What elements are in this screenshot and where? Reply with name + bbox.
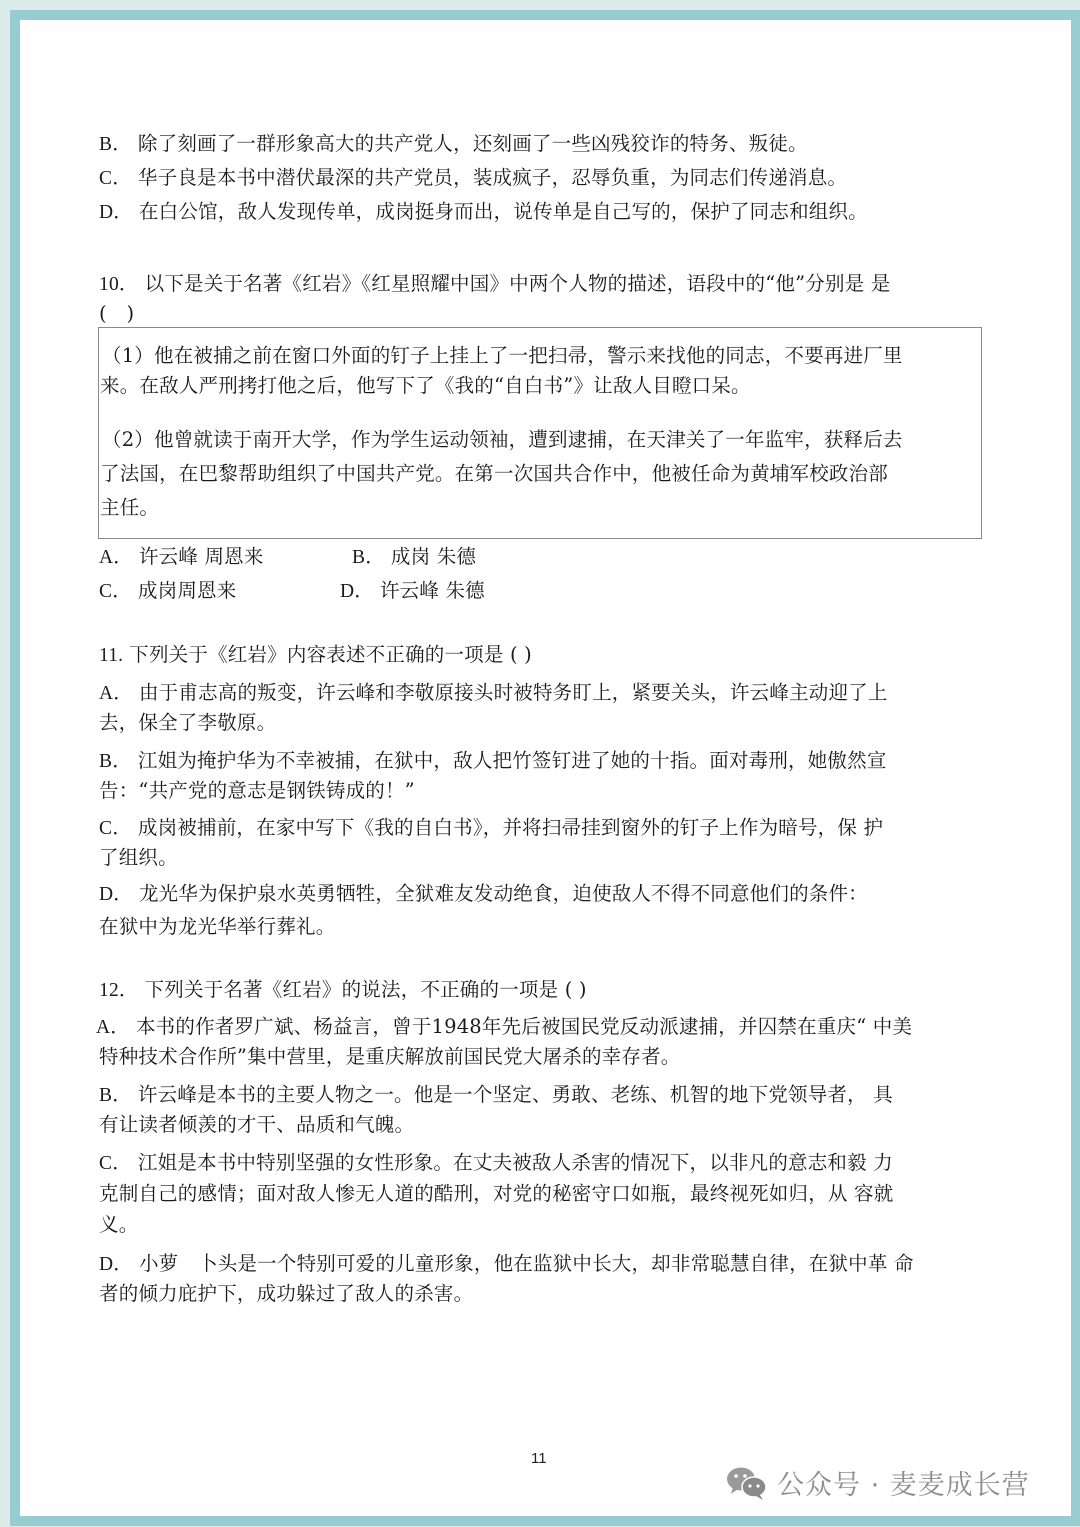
q11-option-c-line1: C．成岗被捕前，在家中写下《我的自白书》，并将扫帚挂到窗外的钉子上作为暗号，保 … [99,816,883,841]
option-label: D． [99,1253,133,1277]
q11-option-c-line2: 了组织。 [99,846,178,870]
q12-stem: 12．下列关于名著《红岩》的说法，不正确的一项是 ( ) [99,978,587,1003]
option-text: 小萝 卜头是一个特别可爱的儿童形象，他在监狱中长大，却非常聪慧自律，在狱中革 命 [139,1252,914,1275]
q12-option-a-line2: 特种技术合作所”集中营里，是重庆解放前国民党大屠杀的幸存者。 [99,1045,680,1069]
option-label: B． [352,546,385,570]
exam-page: B．除了刻画了一群形象高大的共产党人，还刻画了一些凶残狡诈的特务、叛徒。 C．华… [0,0,1080,1527]
question-stem: 以下是关于名著《红岩》《红星照耀中国》中两个人物的描述，语段中的“他”分别是 是 [145,272,891,295]
q11-option-a-line1: A．由于甫志高的叛变，许云峰和李敬原接头时被特务盯上，紧要关头，许云峰主动迎了上 [99,681,888,706]
option-text: 江姐是本书中特别坚强的女性形象。在丈夫被敌人杀害的情况下，以非凡的意志和毅 力 [138,1151,893,1174]
q10-passage-2-line2: 了法国，在巴黎帮助组织了中国共产党。在第一次国共合作中，他被任命为黄埔军校政治部 [100,462,888,486]
q10-option-b: B．成岗 朱德 [352,545,476,570]
wechat-icon [725,1465,769,1501]
q11-option-d-line2: 在狱中为龙光华举行葬礼。 [99,915,335,939]
option-label: D． [340,580,374,604]
option-text: 成岗周恩来 [138,579,237,602]
q10-option-a: A．许云峰 周恩来 [99,545,264,570]
q12-option-b-line1: B．许云峰是本书的主要人物之一。他是一个坚定、勇敢、老练、机智的地下党领导者， … [99,1083,893,1108]
q10-passage-1-line2: 来。在敌人严刑拷打他之后，他写下了《我的“自白书”》让敌人目瞪口呆。 [100,374,751,398]
option-text: 许云峰 朱德 [380,579,485,602]
option-label: B． [99,750,132,774]
q11-option-a-line2: 去，保全了李敬原。 [99,711,276,735]
q12-option-d-line2: 者的倾力庇护下，成功躲过了敌人的杀害。 [99,1282,473,1306]
wechat-watermark: 公众号 · 麦麦成长营 [725,1463,1030,1502]
option-text: 江姐为掩护华为不幸被捕，在狱中，敌人把竹签钉进了她的十指。面对毒刑，她傲然宣 [138,749,887,772]
option-label: C． [99,580,132,604]
q11-stem: 11.下列关于《红岩》内容表述不正确的一项是 ( ) [99,643,532,668]
page-number: 11 [531,1450,547,1467]
option-text: 华子良是本书中潜伏最深的共产党员，装成疯子，忍辱负重，为同志们传递消息。 [138,166,847,189]
question-number: 11. [99,644,123,668]
q9-option-b: B．除了刻画了一群形象高大的共产党人，还刻画了一些凶残狡诈的特务、叛徒。 [99,132,808,157]
option-label: A． [99,682,133,706]
q11-option-b-line2: 告：“共产党的意志是钢铁铸成的！” [99,779,415,803]
option-text: 除了刻画了一群形象高大的共产党人，还刻画了一些凶残狡诈的特务、叛徒。 [138,132,808,155]
q12-option-d-line1: D．小萝 卜头是一个特别可爱的儿童形象，他在监狱中长大，却非常聪慧自律，在狱中革… [99,1252,914,1277]
option-text: 在白公馆，敌人发现传单，成岗挺身而出，说传单是自己写的，保护了同志和组织。 [139,200,868,223]
q9-option-d: D．在白公馆，敌人发现传单，成岗挺身而出，说传单是自己写的，保护了同志和组织。 [99,200,868,225]
question-stem: 下列关于《红岩》内容表述不正确的一项是 ( ) [129,643,532,666]
q10-passage-1-line1: （1）他在被捕之前在窗口外面的钉子上挂上了一把扫帚，警示来找他的同志，不要再进厂… [102,344,903,368]
q10-option-c: C．成岗周恩来 [99,579,236,604]
q12-option-c-line3: 义。 [99,1213,138,1237]
option-text: 本书的作者罗广斌、杨益言，曾于1948年先后被国民党反动派逮捕，并囚禁在重庆“ … [136,1015,912,1038]
q10-option-d: D．许云峰 朱德 [340,579,485,604]
option-text: 龙光华为保护泉水英勇牺牲，全狱难友发动绝食，迫使敌人不得不同意他们的条件： [139,882,868,905]
option-text: 由于甫志高的叛变，许云峰和李敬原接头时被特务盯上，紧要关头，许云峰主动迎了上 [139,681,888,704]
q9-option-c: C．华子良是本书中潜伏最深的共产党员，装成疯子，忍辱负重，为同志们传递消息。 [99,166,847,191]
option-label: B． [99,1084,132,1108]
option-label: C． [99,167,132,191]
watermark-text: 公众号 · 麦麦成长营 [777,1463,1030,1502]
option-text: 许云峰是本书的主要人物之一。他是一个坚定、勇敢、老练、机智的地下党领导者， 具 [138,1083,893,1106]
q12-option-c-line2: 克制自己的感情；面对敌人惨无人道的酷刑，对党的秘密守口如瓶，最终视死如归，从 容… [99,1182,893,1206]
option-text: 成岗被捕前，在家中写下《我的自白书》，并将扫帚挂到窗外的钉子上作为暗号，保 护 [138,816,883,839]
option-label: C． [99,1152,132,1176]
q11-option-d-line1: D．龙光华为保护泉水英勇牺牲，全狱难友发动绝食，迫使敌人不得不同意他们的条件： [99,882,868,907]
question-number: 10． [99,273,139,297]
option-label: D． [99,883,133,907]
q11-option-b-line1: B．江姐为掩护华为不幸被捕，在狱中，敌人把竹签钉进了她的十指。面对毒刑，她傲然宣 [99,749,887,774]
option-label: B． [99,133,132,157]
option-label: C． [99,817,132,841]
q10-passage-2-line3: 主任。 [100,496,159,520]
q10-stem: 10．以下是关于名著《红岩》《红星照耀中国》中两个人物的描述，语段中的“他”分别… [99,272,891,297]
option-text: 许云峰 周恩来 [139,545,264,568]
question-stem: 下列关于名著《红岩》的说法，不正确的一项是 ( ) [145,978,587,1001]
question-number: 12． [99,979,139,1003]
option-text: 成岗 朱德 [391,545,476,568]
option-label: A． [99,546,133,570]
option-label: A． [96,1016,130,1040]
q12-option-b-line2: 有让读者倾羡的才干、品质和气魄。 [99,1113,414,1137]
q10-passage-2-line1: （2）他曾就读于南开大学，作为学生运动领袖，遭到逮捕，在天津关了一年监牢，获释后… [102,428,903,452]
q12-option-c-line1: C．江姐是本书中特别坚强的女性形象。在丈夫被敌人杀害的情况下，以非凡的意志和毅 … [99,1151,893,1176]
q10-answer-blank: ( ) [99,302,134,326]
option-label: D． [99,201,133,225]
q12-option-a-line1: A．本书的作者罗广斌、杨益言，曾于1948年先后被国民党反动派逮捕，并囚禁在重庆… [96,1015,912,1040]
